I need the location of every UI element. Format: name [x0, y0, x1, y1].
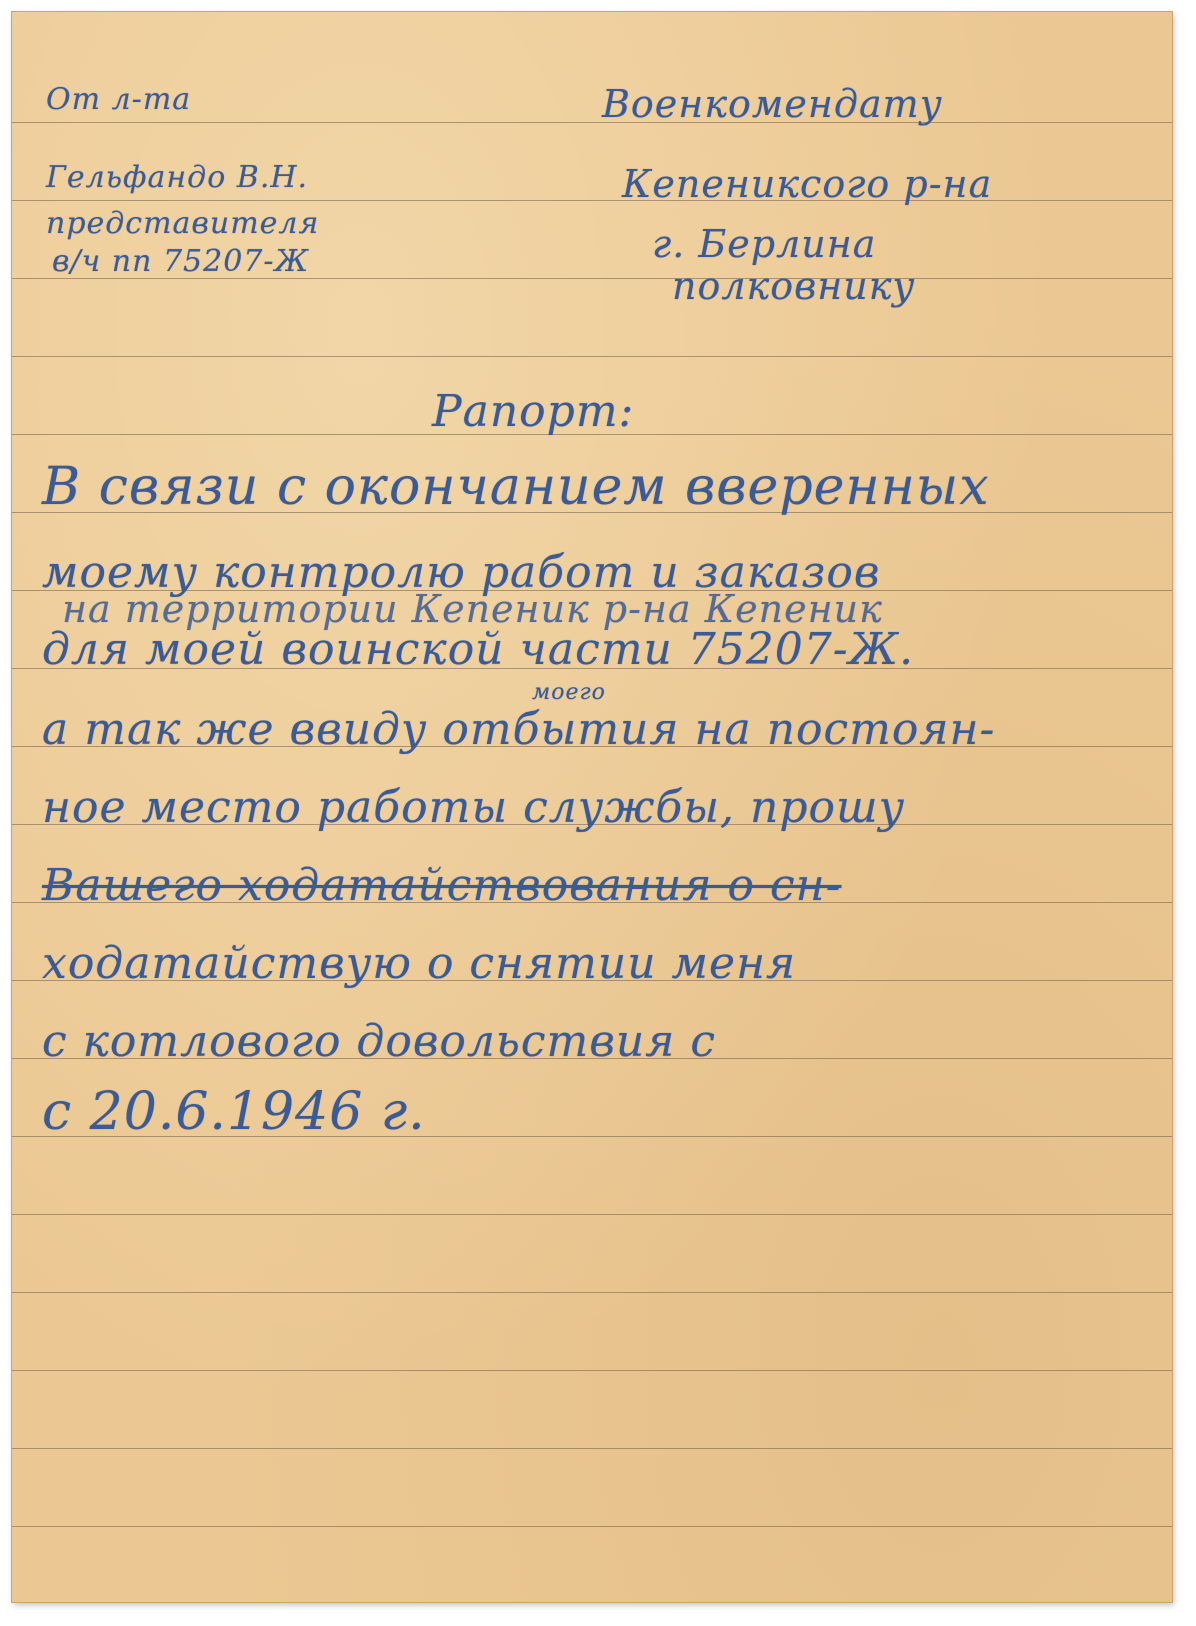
ruled-line: [12, 1448, 1172, 1449]
sender-role: представителя: [46, 206, 319, 241]
body-line-9: с котлового довольствия с: [42, 1016, 716, 1067]
body-line-1: В связи с окончанием вверенных: [42, 457, 990, 517]
recipient-district: Кепениксого р-на: [622, 162, 992, 206]
sender-rank: От л-та: [46, 82, 191, 117]
body-line-7-struck: Вашего ходатайствования о сн-: [42, 860, 841, 911]
document-sheet: От л-та Гельфандо В.Н. представителя в/ч…: [12, 12, 1172, 1602]
sender-unit: в/ч пп 75207-Ж: [52, 244, 309, 279]
document-title: Рапорт:: [432, 386, 634, 437]
ruled-line: [12, 122, 1172, 123]
ruled-line: [12, 1526, 1172, 1527]
insertion-above: моего: [532, 680, 606, 705]
recipient-city: г. Берлина: [652, 222, 876, 266]
ruled-line: [12, 1214, 1172, 1215]
body-line-10-date: с 20.6.1946 г.: [42, 1082, 426, 1142]
sender-name: Гельфандо В.Н.: [46, 160, 308, 195]
ruled-line: [12, 200, 1172, 201]
body-line-5: а так же ввиду отбытия на постоян-: [42, 704, 995, 755]
ruled-line: [12, 356, 1172, 357]
ruled-line: [12, 1370, 1172, 1371]
body-line-6: ное место работы службы, прошу: [42, 782, 905, 833]
body-line-8: ходатайствую о снятии меня: [42, 938, 796, 989]
ruled-line: [12, 1292, 1172, 1293]
recipient-office: Военкомендату: [602, 82, 943, 126]
body-line-4: для моей воинской части 75207-Ж.: [42, 624, 914, 675]
recipient-rank: полковнику: [672, 264, 915, 308]
